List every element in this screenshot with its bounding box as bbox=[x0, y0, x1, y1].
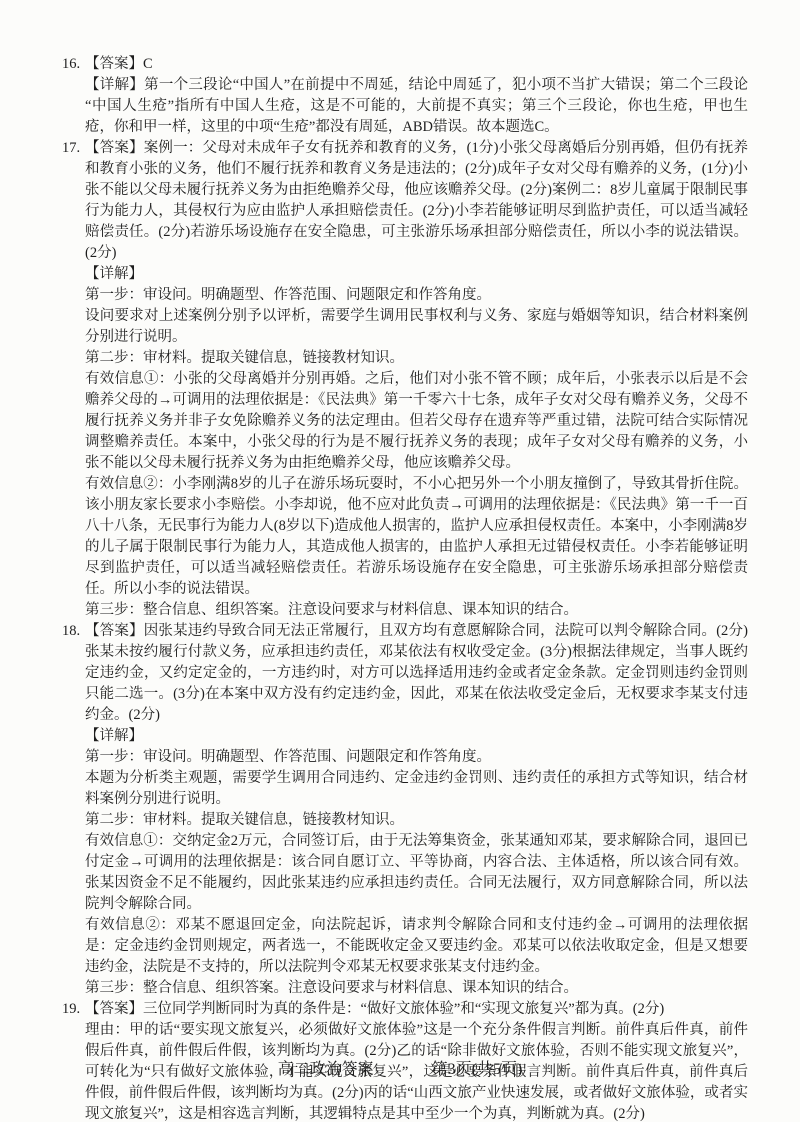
question-19-answer: 【答案】三位同学判断同时为真的条件是：“做好文旅体验”和“实现文旅复兴”都为真。… bbox=[85, 999, 748, 1020]
question-18-info1: 有效信息①：交纳定金2万元，合同签订后，由于无法筹集资金，张某通知邓某，要求解除… bbox=[85, 831, 748, 915]
question-17-info2: 有效信息②：小李刚满8岁的儿子在游乐场玩耍时，不小心把另外一个小朋友撞倒了，导致… bbox=[85, 474, 748, 600]
question-17-step1-detail: 设问要求对上述案例分别予以评析，需要学生调用民事权利与义务、家庭与婚姻等知识，结… bbox=[85, 306, 748, 348]
question-16: 16. 【答案】C 【详解】第一个三段论“中国人”在前提中不周延，结论中周延了，… bbox=[62, 54, 748, 138]
question-17: 17. 【答案】案例一：父母对未成年子女有抚养和教育的义务，(1分)小张父母离婚… bbox=[62, 138, 748, 621]
question-17-step3: 第三步：整合信息、组织答案。注意设问要求与材料信息、课本知识的结合。 bbox=[85, 600, 748, 621]
question-16-number: 16. bbox=[62, 54, 80, 75]
question-17-answer: 【答案】案例一：父母对未成年子女有抚养和教育的义务，(1分)小张父母离婚后分别再… bbox=[85, 138, 748, 264]
question-18-info2: 有效信息②：邓某不愿退回定金，向法院起诉，请求判令解除合同和支付违约金→可调用的… bbox=[85, 915, 748, 978]
question-19-number: 19. bbox=[62, 999, 80, 1020]
footer-page-number: 第3页(共5页) bbox=[432, 1056, 523, 1079]
page-footer: 高二政治答案 第3页(共5页) bbox=[0, 1056, 800, 1079]
question-18-answer: 【答案】因张某违约导致合同无法正常履行，且双方均有意愿解除合同，法院可以判令解除… bbox=[85, 621, 748, 726]
question-18-step1-detail: 本题为分析类主观题，需要学生调用合同违约、定金违约金罚则、违约责任的承担方式等知… bbox=[85, 768, 748, 810]
answer-content: 16. 【答案】C 【详解】第一个三段论“中国人”在前提中不周延，结论中周延了，… bbox=[0, 0, 800, 1122]
question-17-number: 17. bbox=[62, 138, 80, 159]
question-18-explanation-label: 【详解】 bbox=[85, 726, 748, 747]
question-16-answer: 【答案】C bbox=[85, 54, 748, 75]
question-18-step2: 第二步：审材料。提取关键信息，链接教材知识。 bbox=[85, 810, 748, 831]
question-17-info1: 有效信息①：小张的父母离婚并分别再婚。之后，他们对小张不管不顾；成年后，小张表示… bbox=[85, 369, 748, 474]
question-17-explanation-label: 【详解】 bbox=[85, 264, 748, 285]
scanned-answer-page: 16. 【答案】C 【详解】第一个三段论“中国人”在前提中不周延，结论中周延了，… bbox=[0, 0, 800, 1122]
question-17-step1: 第一步：审设问。明确题型、作答范围、问题限定和作答角度。 bbox=[85, 285, 748, 306]
question-17-step2: 第二步：审材料。提取关键信息，链接教材知识。 bbox=[85, 348, 748, 369]
question-18-step1: 第一步：审设问。明确题型、作答范围、问题限定和作答角度。 bbox=[85, 747, 748, 768]
question-18-number: 18. bbox=[62, 621, 80, 642]
footer-doc-title: 高二政治答案 bbox=[278, 1056, 374, 1079]
question-18-step3: 第三步：整合信息、组织答案。注意设问要求与材料信息、课本知识的结合。 bbox=[85, 978, 748, 999]
question-18: 18. 【答案】因张某违约导致合同无法正常履行，且双方均有意愿解除合同，法院可以… bbox=[62, 621, 748, 999]
question-16-explanation: 【详解】第一个三段论“中国人”在前提中不周延，结论中周延了，犯小项不当扩大错误；… bbox=[85, 75, 748, 138]
